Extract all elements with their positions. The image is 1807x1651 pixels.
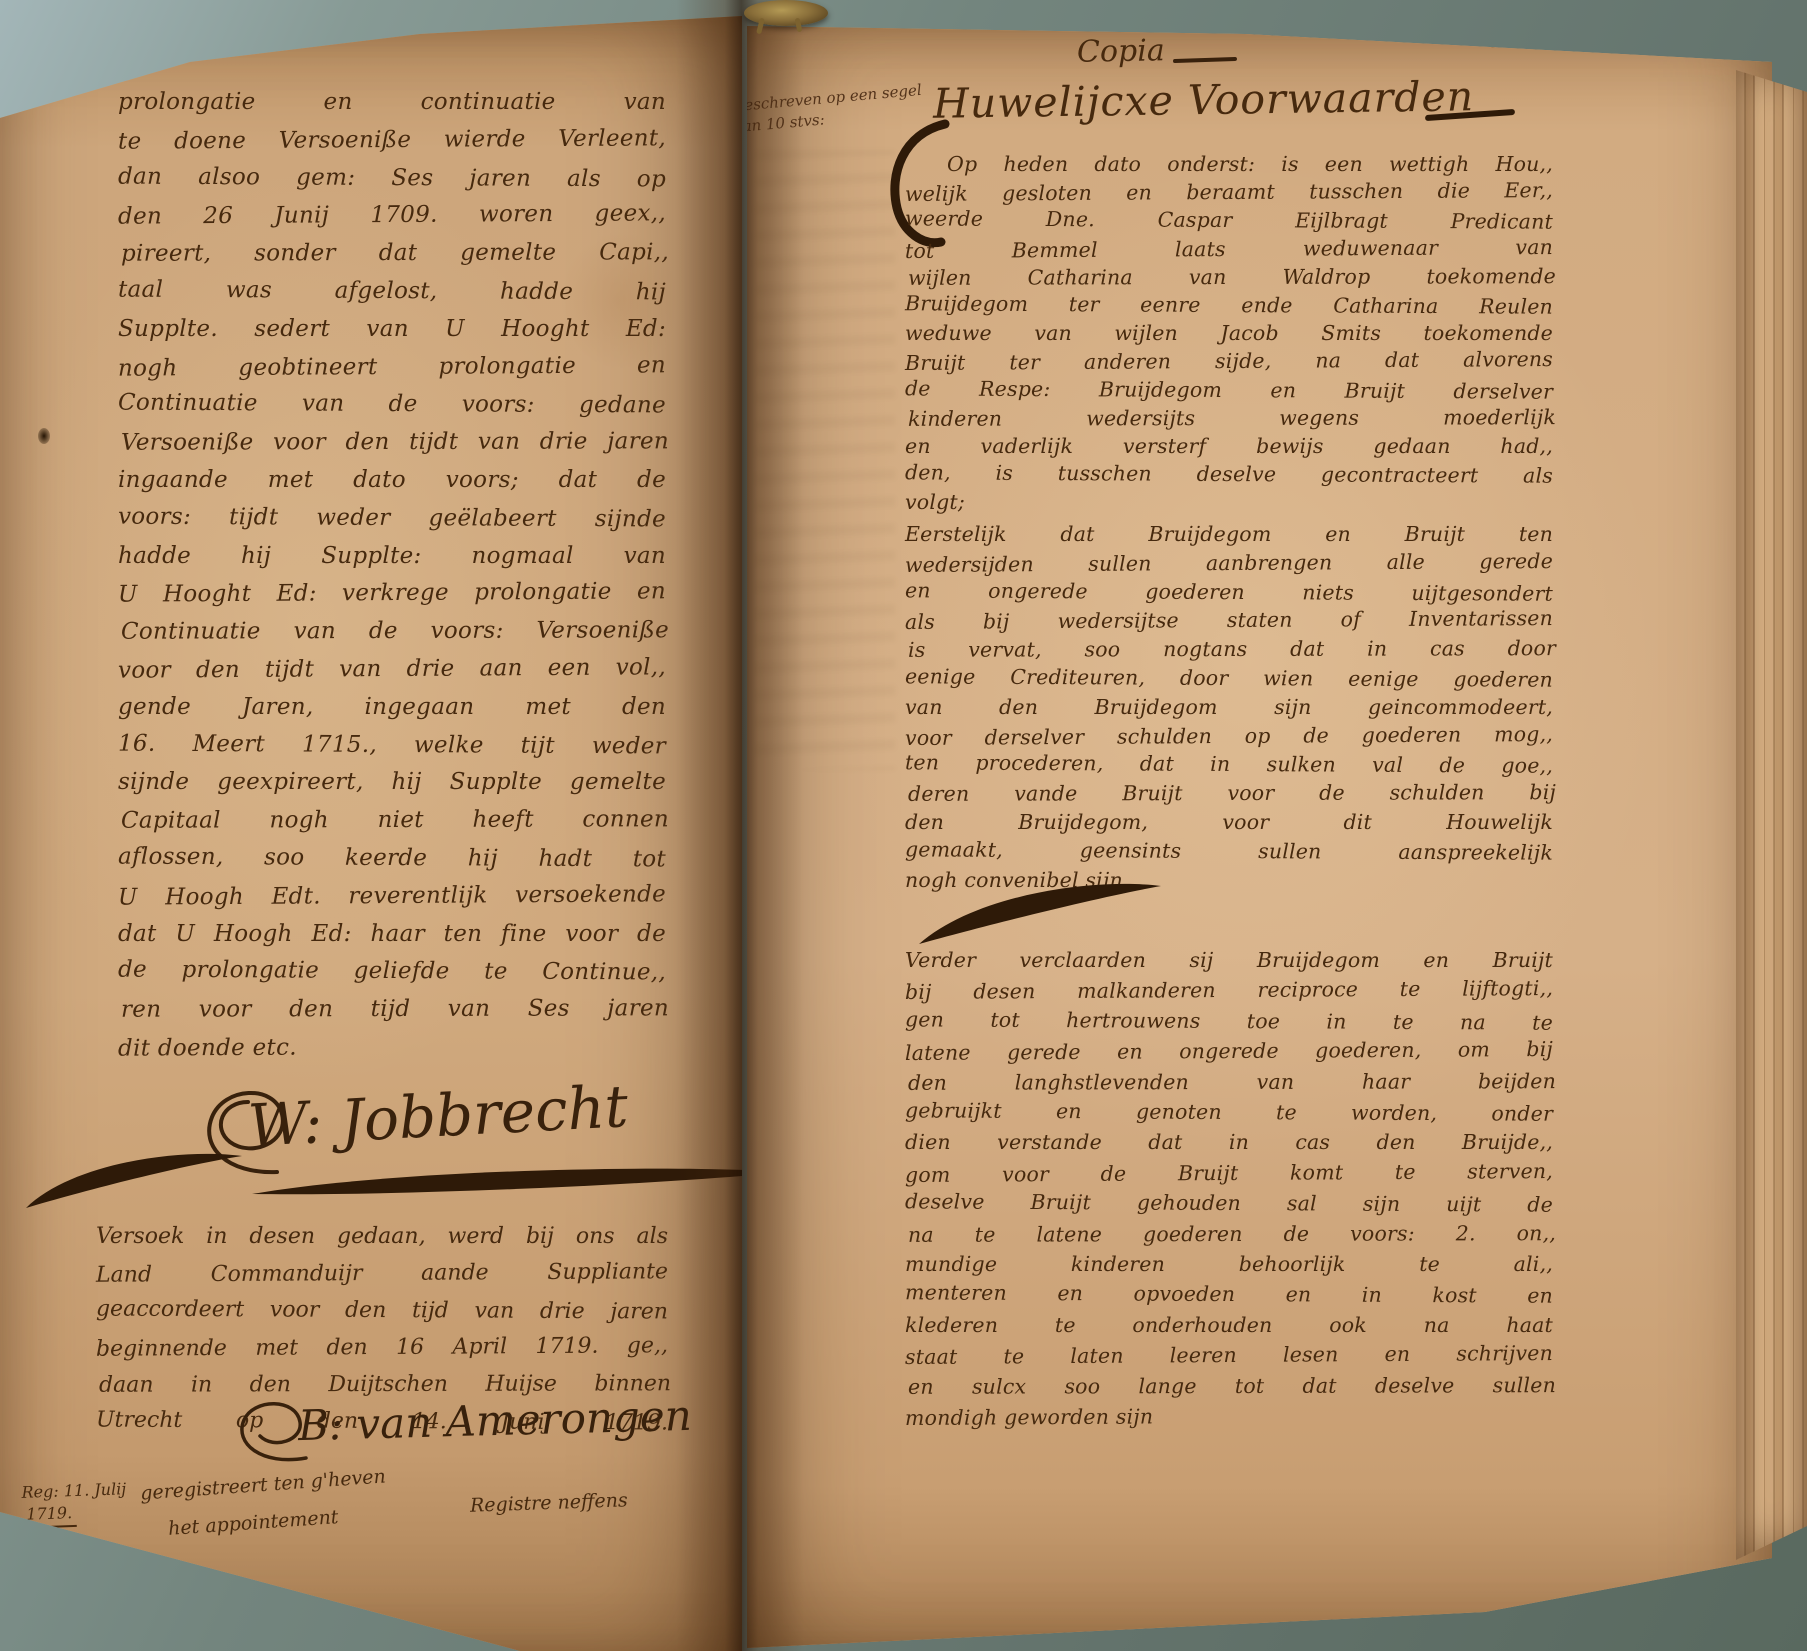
manuscript-line: weerde Dne. Caspar Eijlbragt Predicant bbox=[905, 205, 1553, 237]
manuscript-line: kinderen wedersijts wegens moederlijk bbox=[908, 403, 1556, 433]
binding-cord-knot bbox=[744, 0, 828, 26]
signature-van-amerongen: B: van Amerongen bbox=[297, 1391, 692, 1450]
manuscript-line: gen tot hertrouwens toe in te na te bbox=[905, 1004, 1553, 1038]
registration-date-line1: Reg: 11. Julij bbox=[21, 1478, 126, 1504]
manuscript-line: en sulcx soo lange tot dat deselve sulle… bbox=[908, 1370, 1556, 1402]
left-page-body-text: prolongatie en continuatie vante doene V… bbox=[118, 84, 666, 1067]
manuscript-line: welijk gesloten en beraamt tusschen die … bbox=[905, 176, 1553, 208]
manuscript-line: nogh geobtineert prolongatie en bbox=[118, 347, 666, 388]
page-title: Huwelijcxe Voorwaarden bbox=[933, 72, 1475, 128]
manuscript-line: deselve Bruijt gehouden sal sijn uijt de bbox=[905, 1187, 1553, 1221]
manuscript-line: en vaderlijk versterf bewijs gedaan had,… bbox=[905, 432, 1553, 460]
manuscript-line: als bij wedersijtse staten of Inventaris… bbox=[905, 604, 1553, 637]
manuscript-line: den langhstlevenden van haar beijden bbox=[908, 1066, 1556, 1098]
registration-note-appointment: het appointement bbox=[167, 1506, 339, 1540]
manuscript-line: U Hoogh Edt. reverentlijk versoekende bbox=[118, 876, 666, 917]
manuscript-line: te doene Versoeniße wierde Verleent, bbox=[118, 120, 666, 161]
manuscript-line: deren vande Bruijt voor de schulden bij bbox=[908, 778, 1556, 808]
ink-spot bbox=[38, 428, 50, 444]
copia-dash bbox=[1173, 57, 1237, 63]
manuscript-line: gende Jaren, ingegaan met den bbox=[118, 689, 666, 727]
manuscript-line: 16. Meert 1715., welke tijt weder bbox=[118, 725, 666, 766]
manuscript-line: den Bruijdegom, voor dit Houwelijk bbox=[905, 808, 1553, 837]
copia-heading: Copia bbox=[1077, 33, 1165, 70]
registration-date-line2: 1719. bbox=[22, 1502, 77, 1529]
signature-underline-swash bbox=[240, 1160, 800, 1204]
manuscript-line: bij desen malkanderen reciproce te lijft… bbox=[905, 973, 1553, 1007]
manuscript-line: Continuatie van de voors: gedane bbox=[118, 385, 666, 426]
manuscript-line: weduwe van wijlen Jacob Smits toekomende bbox=[905, 319, 1553, 347]
paragraph-flourish bbox=[18, 1148, 248, 1214]
page-number: 97 bbox=[1489, 28, 1516, 52]
manuscript-line: Eerstelijk dat Bruijdegom en Bruijt ten bbox=[905, 520, 1553, 549]
manuscript-line: aflossen, soo keerde hij hadt tot bbox=[118, 839, 666, 880]
manuscript-line: dien verstande dat in cas den Bruijde,, bbox=[905, 1127, 1553, 1157]
book-leaf-edges bbox=[1736, 58, 1807, 1560]
manuscript-line: na te latene goederen de voors: 2. on,, bbox=[908, 1218, 1556, 1250]
manuscript-line: Verder verclaarden sij Bruijdegom en Bru… bbox=[905, 945, 1553, 975]
manuscript-line: geaccordeert voor den tijd van drie jare… bbox=[96, 1291, 668, 1331]
manuscript-line: de Respe: Bruijdegom en Bruijt derselver bbox=[905, 374, 1553, 406]
manuscript-line: Capitaal nogh niet heeft connen bbox=[121, 801, 669, 840]
registration-note: geregistreert ten g'heven bbox=[140, 1465, 387, 1504]
manuscript-line: van den Bruijdegom sijn geincommodeert, bbox=[905, 693, 1553, 722]
manuscript-line: Continuatie van de voors: Versoeniße bbox=[121, 612, 669, 651]
manuscript-line: klederen te onderhouden ook na haat bbox=[905, 1310, 1553, 1340]
second-clause-text: Verder verclaarden sij Bruijdegom en Bru… bbox=[905, 945, 1553, 1432]
manuscript-line: taal was afgelost, hadde hij bbox=[118, 272, 666, 313]
manuscript-line: dit doende etc. bbox=[118, 1027, 666, 1068]
manuscript-line: eenige Crediteuren, door wien eenige goe… bbox=[905, 662, 1553, 694]
manuscript-line: mondigh geworden sijn bbox=[905, 1399, 1553, 1433]
manuscript-line: voors: tijdt weder geëlabeert sijnde bbox=[118, 498, 666, 539]
manuscript-line: dan alsoo gem: Ses jaren als op bbox=[118, 158, 666, 199]
manuscript-line: wedersijden sullen aanbrengen alle gered… bbox=[905, 547, 1553, 580]
manuscript-line: tot Bemmel laats weduwenaar van bbox=[905, 233, 1553, 265]
manuscript-line: Versoek in desen gedaan, werd bij ons al… bbox=[96, 1218, 668, 1255]
manuscript-line: Bruijdegom ter eenre ende Catharina Reul… bbox=[905, 289, 1553, 321]
contract-intro-text: Op heden dato onderst: is een wettigh Ho… bbox=[905, 150, 1553, 517]
manuscript-line: is vervat, soo nogtans dat in cas door bbox=[908, 634, 1556, 664]
manuscript-line: voor den tijdt van drie aan een vol,, bbox=[118, 649, 666, 690]
manuscript-line: Land Commanduijr aande Suppliante bbox=[96, 1253, 668, 1293]
manuscript-line: Versoeniße voor den tijdt van drie jaren bbox=[121, 423, 669, 462]
manuscript-line: volgt; bbox=[905, 488, 1553, 516]
manuscript-line: Supplte. sedert van U Hooght Ed: bbox=[118, 311, 666, 349]
manuscript-line: den, is tusschen deselve gecontracteert … bbox=[905, 459, 1553, 491]
manuscript-line: prolongatie en continuatie van bbox=[118, 84, 666, 122]
manuscript-line: sijnde geexpireert, hij Supplte gemelte bbox=[118, 764, 666, 802]
manuscript-line: staat te laten leeren lesen en schrijven bbox=[905, 1338, 1553, 1372]
manuscript-line: gebruijkt en genoten te worden, onder bbox=[905, 1095, 1553, 1129]
manuscript-line: de prolongatie geliefde te Continue,, bbox=[118, 952, 666, 993]
manuscript-line: Op heden dato onderst: is een wettigh Ho… bbox=[905, 150, 1553, 178]
manuscript-line: dat U Hoogh Ed: haar ten fine voor de bbox=[118, 916, 666, 954]
manuscript-line: U Hooght Ed: verkrege prolongatie en bbox=[118, 574, 666, 615]
manuscript-photo: prolongatie en continuatie vante doene V… bbox=[0, 0, 1807, 1651]
registration-note-register: Registre neffens bbox=[470, 1489, 628, 1516]
right-page: Copia Huwelijcxe Voorwaarden 97 Geschrev… bbox=[725, 0, 1772, 1651]
manuscript-line: mundige kinderen behoorlijk te ali,, bbox=[905, 1249, 1553, 1279]
stamp-duty-margin-note: Geschreven op een segel van 10 stvs: bbox=[732, 80, 925, 138]
signature-jobbrecht: W: Jobbrecht bbox=[246, 1072, 629, 1160]
manuscript-line: wijlen Catharina van Waldrop toekomende bbox=[908, 262, 1556, 292]
manuscript-line: en ongerede goederen niets uijtgesondert bbox=[905, 576, 1553, 608]
left-page: prolongatie en continuatie vante doene V… bbox=[0, 0, 742, 1651]
registration-margin-note: Reg: 11. Julij 1719. bbox=[21, 1478, 127, 1529]
manuscript-line: menteren en opvoeden en in kost en bbox=[905, 1278, 1553, 1312]
manuscript-line: beginnende met den 16 April 1719. ge,, bbox=[96, 1327, 668, 1367]
ink-bleedthrough bbox=[755, 150, 895, 770]
manuscript-line: den 26 Junij 1709. woren geex,, bbox=[118, 196, 666, 237]
manuscript-line: hadde hij Supplte: nogmaal van bbox=[118, 538, 666, 576]
manuscript-line: pireert, sonder dat gemelte Capi,, bbox=[121, 234, 669, 273]
manuscript-line: gemaakt, geensints sullen aanspreekelijk bbox=[905, 835, 1553, 867]
manuscript-line: ten procederen, dat in sulken val de goe… bbox=[905, 749, 1553, 781]
manuscript-line: voor derselver schulden op de goederen m… bbox=[905, 720, 1553, 753]
manuscript-line: latene gerede en ongerede goederen, om b… bbox=[905, 1034, 1553, 1068]
first-clause-text: Eerstelijk dat Bruijdegom en Bruijt tenw… bbox=[905, 520, 1553, 894]
manuscript-line: gom voor de Bruijt komt te sterven, bbox=[905, 1156, 1553, 1190]
manuscript-line: Bruijt ter anderen sijde, na dat alvoren… bbox=[905, 345, 1553, 377]
manuscript-line: ingaande met dato voors; dat de bbox=[118, 462, 666, 500]
manuscript-line: nogh convenibel sijn, bbox=[905, 866, 1553, 895]
manuscript-line: ren voor den tijd van Ses jaren bbox=[121, 990, 669, 1029]
